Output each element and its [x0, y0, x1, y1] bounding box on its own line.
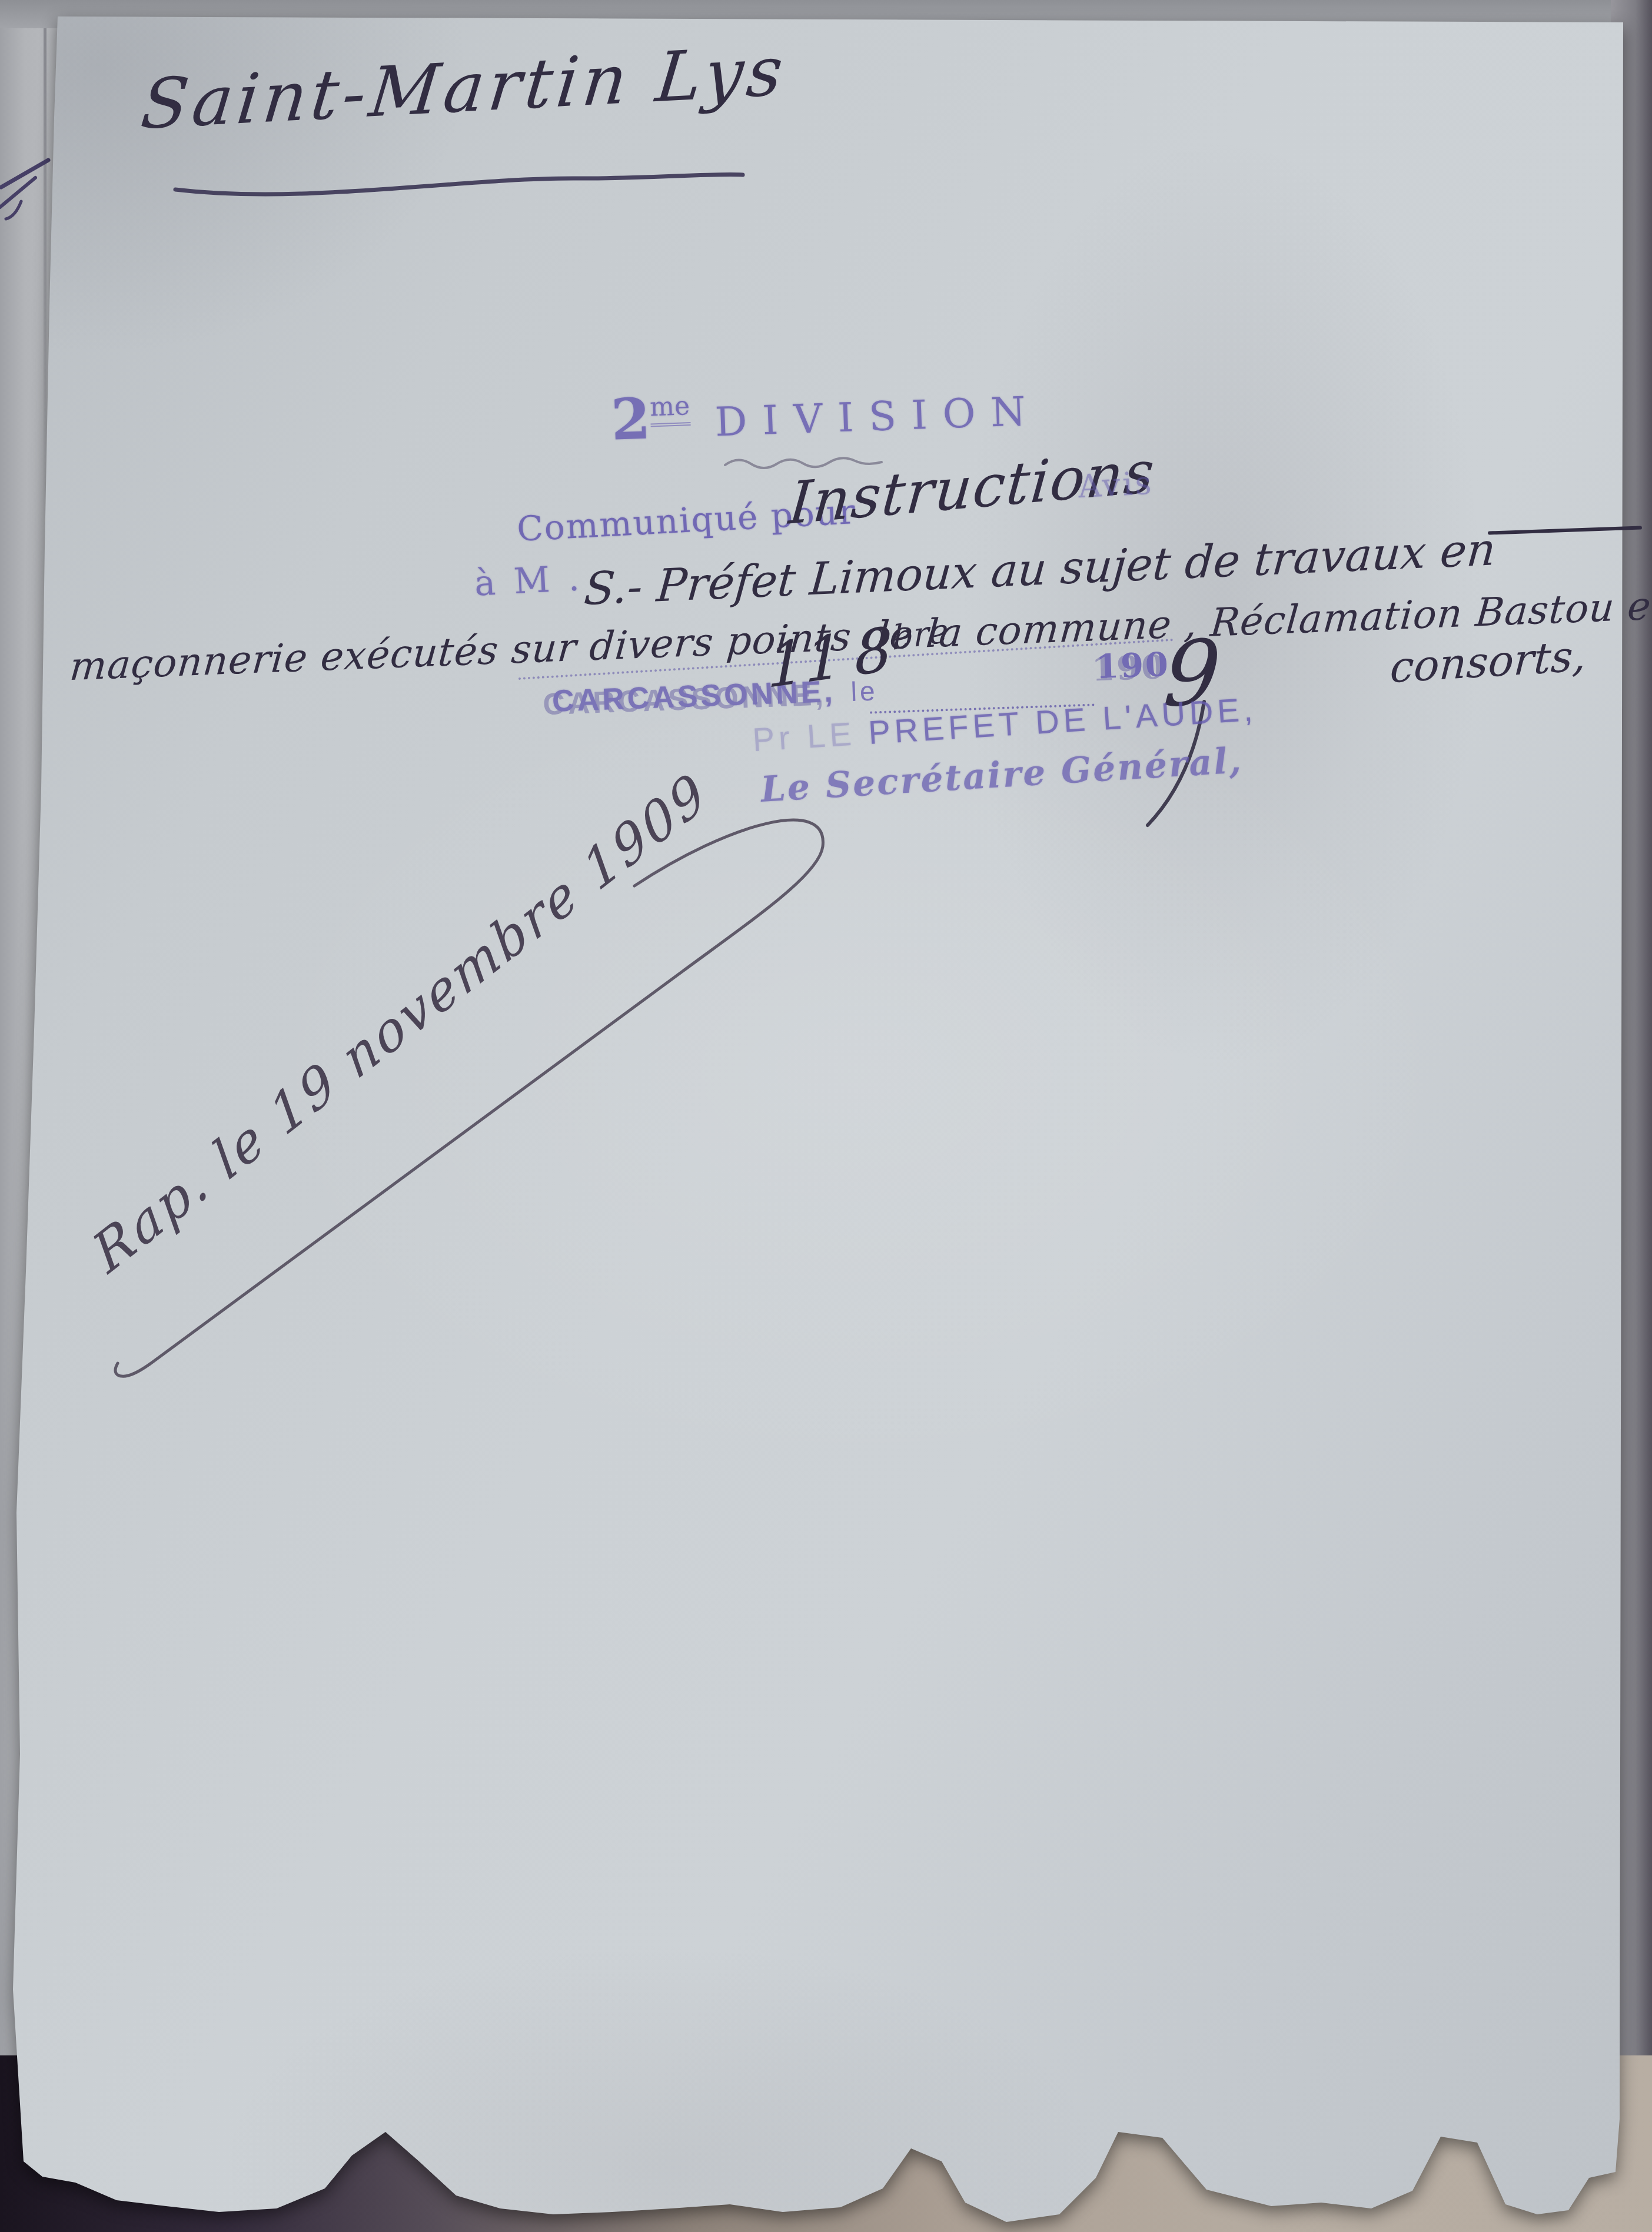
division-superscript: me: [649, 391, 690, 427]
avis-stamp: Avis: [1077, 464, 1154, 506]
printed-year-stamp: 190: [1095, 645, 1171, 686]
date-month-sup: bre: [892, 612, 948, 658]
date-month: 8: [855, 614, 892, 690]
photo-stage: Saint-Martin Lys 2meDIVISION Communiqué …: [0, 0, 1652, 2232]
addressee-stamp: à M .: [473, 557, 584, 604]
division-number: 2: [610, 385, 652, 453]
prefet-stamp-prefix: Pr LE: [752, 715, 857, 759]
division-word: DIVISION: [714, 388, 1042, 446]
date-day: 11: [767, 621, 843, 702]
